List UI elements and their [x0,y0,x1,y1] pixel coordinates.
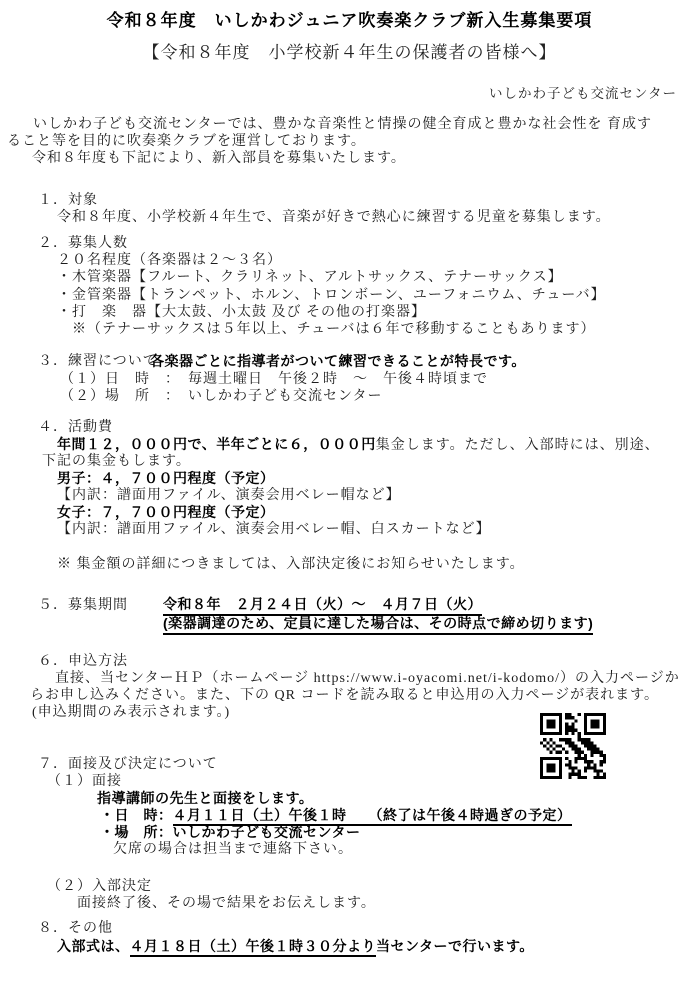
section-8-ceremony-suffix: 当センターで行います。 [376,938,534,954]
section-5-note: (楽器調達のため、定員に達した場合は、その時点で締め切ります) [163,615,593,635]
section-4-boys-detail: 【内訳：譜面用ファイル、演奏会用ベレー帽など】 [57,487,401,504]
section-8-ceremony-prefix: 入部式は、 [57,938,130,954]
section-7-sub-decision: （２）入部決定 [47,878,152,895]
section-4-note: ※ 集金額の詳細につきましては、入部決定後にお知らせいたします。 [57,556,525,573]
section-7-place-line: ・場 所：いしかわ子ども交流センター [100,824,360,842]
section-6-heading: ６．申込方法 [38,653,128,670]
section-2-heading: ２．募集人数 [38,235,128,252]
section-2-percussion: ・打 楽 器【大太鼓、小太鼓 及び その他の打楽器】 [57,304,426,321]
doc-subtitle: 【令和８年度 小学校新４年生の保護者の皆様へ】 [0,38,699,63]
section-7-datetime-line: ・日 時：４月１１日（土）午後１時 （終了は午後４時過ぎの予定） [100,807,572,825]
section-7-interview: 指導講師の先生と面接をします。 [97,790,313,807]
section-7-heading: ７．面接及び決定について [38,756,218,773]
section-7-sub-interview: （１）面接 [47,773,122,790]
section-7-result: 面接終了後、その場で結果をお伝えします。 [77,895,376,912]
section-4-boys-fee: 男子：４，７００円程度（予定） [57,470,275,487]
section-3-heading: ３．練習について [38,353,158,370]
intro-line-2: ること等を目的に吹奏楽クラブを運営しております。 [7,133,366,150]
intro-line-3: 令和８年度も下記により、新入部員を募集いたします。 [32,150,406,167]
qr-code-icon [540,713,606,779]
section-6-line-2: らお申し込みください。また、下の QR コードを読み取ると申込用の入力ページが表… [30,687,659,704]
section-2-woodwind: ・木管楽器【フルート、クラリネット、アルトサックス、テナーサックス】 [57,269,563,286]
section-8-ceremony-line: 入部式は、４月１８日（土）午後１時３０分より当センターで行います。 [57,938,534,956]
section-4-fee-rest: 集金します。ただし、入部時には、別途、 [376,438,660,453]
section-7-place-label: ・場 所： [100,824,173,840]
section-4-girls-detail: 【内訳：譜面用ファイル、演奏会用ベレー帽、白スカートなど】 [57,521,491,538]
section-4-girls-fee: 女子：７，７００円程度（予定） [57,504,275,521]
intro-line-1: いしかわ子ども交流センターでは、豊かな音楽性と情操の健全育成と豊かな社会性を 育… [33,116,652,133]
section-1-heading: １．対象 [38,192,98,209]
section-6-line-3: (申込期間のみ表示されます。) [32,704,230,721]
section-3-feature: 各楽器ごとに指導者がついて練習できることが特長です。 [150,353,526,370]
section-4-fee-line: 年間１２，０００円で、半年ごとに６，０００円集金します。ただし、入部時には、別途… [57,436,660,454]
section-2-capacity: ２０名程度（各楽器は２～３名） [57,252,282,269]
section-2-note: ※（テナーサックスは５年以上、チューバは６年で移動することもあります） [72,321,595,338]
doc-title: 令和８年度 いしかわジュニア吹奏楽クラブ新入生募集要項 [0,6,699,31]
section-1-body: 令和８年度、小学校新４年生で、音楽が好きで熱心に練習する児童を募集します。 [57,209,611,226]
section-8-heading: ８．その他 [38,920,113,937]
section-7-datetime-label: ・日 時： [100,807,173,823]
section-7-absence: 欠席の場合は担当まで連絡下さい。 [113,841,353,858]
section-6-line-1: 直接、当センターＨＰ（ホームページ https://www.i-oyacomi.… [55,670,680,687]
section-7-place-value: いしかわ子ども交流センター [173,824,361,840]
section-4-heading: ４．活動費 [38,419,113,436]
section-5-period: 令和８年 ２月２４日（火）～ ４月７日（火） [163,596,482,616]
section-3-place: （２）場 所 ： いしかわ子ども交流センター [60,388,382,405]
section-4-fee-amount: 年間１２，０００円で、半年ごとに６，０００円 [57,436,376,452]
organization-name: いしかわ子ども交流センター [489,82,677,102]
section-5-heading: ５．募集期間 [38,597,128,614]
section-2-brass: ・金管楽器【トランペット、ホルン、トロンボーン、ユーフォニウム、チューバ】 [57,287,606,304]
section-3-schedule: （１）日 時 ： 毎週土曜日 午後２時 ～ 午後４時頃まで [60,371,488,388]
section-4-fee-cont: 下記の集金もします。 [42,453,191,470]
section-8-ceremony-date: ４月１８日（土）午後１時３０分より [130,938,377,957]
document-page: 令和８年度 いしかわジュニア吹奏楽クラブ新入生募集要項 【令和８年度 小学校新４… [0,0,699,1000]
